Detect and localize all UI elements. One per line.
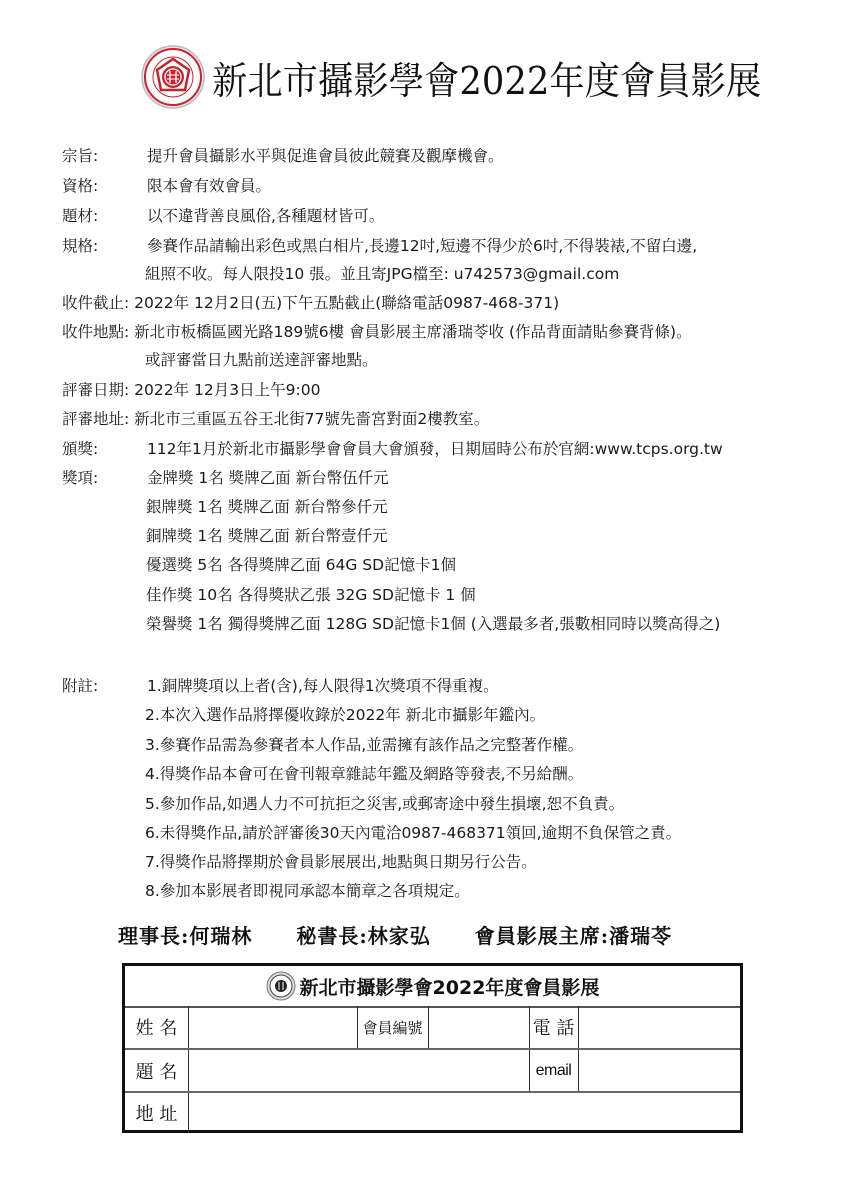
form-row-name: 姓 名 會員編號 電 話: [125, 1006, 740, 1050]
rule-prizes: 獎項: 金牌獎 1名 獎牌乙面 新台幣伍仟元: [62, 468, 389, 488]
rule-value: 新北市三重區五谷王北街77號先嗇宮對面2樓教室。: [134, 410, 489, 428]
rule-judging-address: 評審地址: 新北市三重區五谷王北街77號先嗇宮對面2樓教室。: [62, 409, 489, 429]
form-row-address: 地 址: [125, 1093, 740, 1133]
name-field[interactable]: [188, 1006, 358, 1048]
address-field[interactable]: [188, 1093, 740, 1133]
signature-exhibition-chair: 會員影展主席:潘瑞苓: [475, 924, 672, 948]
rule-value: 以不違背善良風俗,各種題材皆可。: [147, 207, 384, 225]
rule-value: 2022年 12月3日上午9:00: [134, 381, 320, 399]
rule-key: 獎項:: [62, 468, 142, 488]
signature-secretary: 秘書長:林家弘: [296, 924, 430, 948]
page-header: 新北市攝影學會2022年度會員影展: [140, 42, 803, 112]
rule-subject: 題材: 以不違背善良風俗,各種題材皆可。: [62, 206, 384, 226]
rule-key: 收件截止:: [62, 293, 129, 313]
work-title-label: 題 名: [125, 1050, 189, 1091]
prize-item: 銅牌獎 1名 獎牌乙面 新台幣壹仟元: [146, 526, 388, 546]
form-row-title: 題 名 email: [125, 1050, 740, 1093]
signatures: 理事長:何瑞林 秘書長:林家弘 會員影展主席:潘瑞苓: [118, 920, 672, 949]
entry-form-header: 新北市攝影學會2022年度會員影展: [125, 966, 740, 1008]
phone-label: 電 話: [529, 1006, 579, 1048]
prize-item: 銀牌獎 1名 獎牌乙面 新台幣參仟元: [146, 497, 388, 517]
rule-key: 評審地址:: [62, 409, 129, 429]
prize-item: 優選獎 5名 各得獎牌乙面 64G SD記憶卡1個: [146, 555, 456, 575]
page-title: 新北市攝影學會2022年度會員影展: [212, 50, 761, 105]
rule-key: 收件地點:: [62, 322, 129, 342]
rule-deadline: 收件截止: 2022年 12月2日(五)下午五點截止(聯絡電話0987-468-…: [62, 293, 559, 313]
work-title-field[interactable]: [188, 1050, 530, 1091]
society-emblem-icon: [140, 44, 206, 110]
rule-judging-date: 評審日期: 2022年 12月3日上午9:00: [62, 380, 320, 400]
note-item: 2.本次入選作品將擇優收錄於2022年 新北市攝影年鑑內。: [145, 705, 545, 725]
rule-submission-location: 收件地點: 新北市板橋區國光路189號6樓 會員影展主席潘瑞苓收 (作品背面請貼…: [62, 322, 692, 342]
rule-specification: 規格: 參賽作品請輸出彩色或黑白相片,長邊12吋,短邊不得少於6吋,不得裝裱,不…: [62, 236, 697, 256]
rule-eligibility: 資格: 限本會有效會員。: [62, 176, 271, 196]
society-emblem-icon: [266, 971, 296, 1001]
rule-key: 題材:: [62, 206, 142, 226]
rule-value: 金牌獎 1名 獎牌乙面 新台幣伍仟元: [147, 469, 389, 487]
rule-value: 2022年 12月2日(五)下午五點截止(聯絡電話0987-468-371): [134, 294, 559, 312]
prize-item: 佳作獎 10名 各得獎狀乙張 32G SD記憶卡 1 個: [146, 585, 476, 605]
entry-form-title: 新北市攝影學會2022年度會員影展: [300, 973, 600, 1000]
entry-form: 新北市攝影學會2022年度會員影展 姓 名 會員編號 電 話 題 名 email…: [122, 963, 743, 1133]
rule-key: 宗旨:: [62, 146, 142, 166]
rule-award-ceremony: 頒獎: 112年1月於新北市攝影學會會員大會頒發，日期屆時公布於官網:www.t…: [62, 439, 723, 459]
member-no-field[interactable]: [428, 1006, 530, 1048]
prize-item: 榮譽獎 1名 獨得獎牌乙面 128G SD記憶卡1個 (入選最多者,張數相同時以…: [146, 614, 720, 634]
name-label: 姓 名: [125, 1006, 189, 1048]
rule-key: 資格:: [62, 176, 142, 196]
note-item: 6.未得獎作品,請於評審後30天內電洽0987-468371領回,逾期不負保管之…: [145, 823, 681, 843]
note-item: 1.銅牌獎項以上者(含),每人限得1次獎項不得重複。: [147, 677, 499, 695]
rule-submission-location-cont: 或評審當日九點前送達評審地點。: [145, 350, 378, 370]
rule-specification-cont: 組照不收。每人限投10 張。並且寄JPG檔至: u742573@gmail.co…: [145, 264, 619, 284]
rule-purpose: 宗旨: 提升會員攝影水平與促進會員彼此競賽及觀摩機會。: [62, 146, 503, 166]
rule-value: 參賽作品請輸出彩色或黑白相片,長邊12吋,短邊不得少於6吋,不得裝裱,不留白邊,: [147, 237, 697, 255]
rule-value: 新北市板橋區國光路189號6樓 會員影展主席潘瑞苓收 (作品背面請貼參賽背條)。: [134, 323, 691, 341]
note-item: 8.參加本影展者即視同承認本簡章之各項規定。: [145, 881, 470, 901]
member-no-label: 會員編號: [357, 1006, 429, 1048]
rule-value: 112年1月於新北市攝影學會會員大會頒發，日期屆時公布於官網:www.tcps.…: [147, 440, 723, 458]
rule-value: 提升會員攝影水平與促進會員彼此競賽及觀摩機會。: [147, 147, 504, 165]
rule-key: 評審日期:: [62, 380, 129, 400]
email-label: email: [529, 1050, 579, 1091]
address-label: 地 址: [125, 1093, 189, 1133]
rule-value: 限本會有效會員。: [147, 177, 271, 195]
rule-key: 規格:: [62, 236, 142, 256]
note-item: 5.參加作品,如遇人力不可抗拒之災害,或郵寄途中發生損壞,恕不負責。: [145, 794, 624, 814]
notes-section: 附註: 1.銅牌獎項以上者(含),每人限得1次獎項不得重複。: [62, 676, 499, 696]
signature-chairman: 理事長:何瑞林: [118, 924, 252, 948]
note-item: 3.參賽作品需為參賽者本人作品,並需擁有該作品之完整著作權。: [145, 735, 583, 755]
rule-key: 頒獎:: [62, 439, 142, 459]
phone-field[interactable]: [578, 1006, 740, 1048]
note-item: 4.得獎作品本會可在會刊報章雜誌年鑑及網路等發表,不另給酬。: [145, 764, 583, 784]
note-item: 7.得獎作品將擇期於會員影展展出,地點與日期另行公告。: [145, 852, 537, 872]
email-field[interactable]: [578, 1050, 740, 1091]
notes-key: 附註:: [62, 676, 142, 696]
